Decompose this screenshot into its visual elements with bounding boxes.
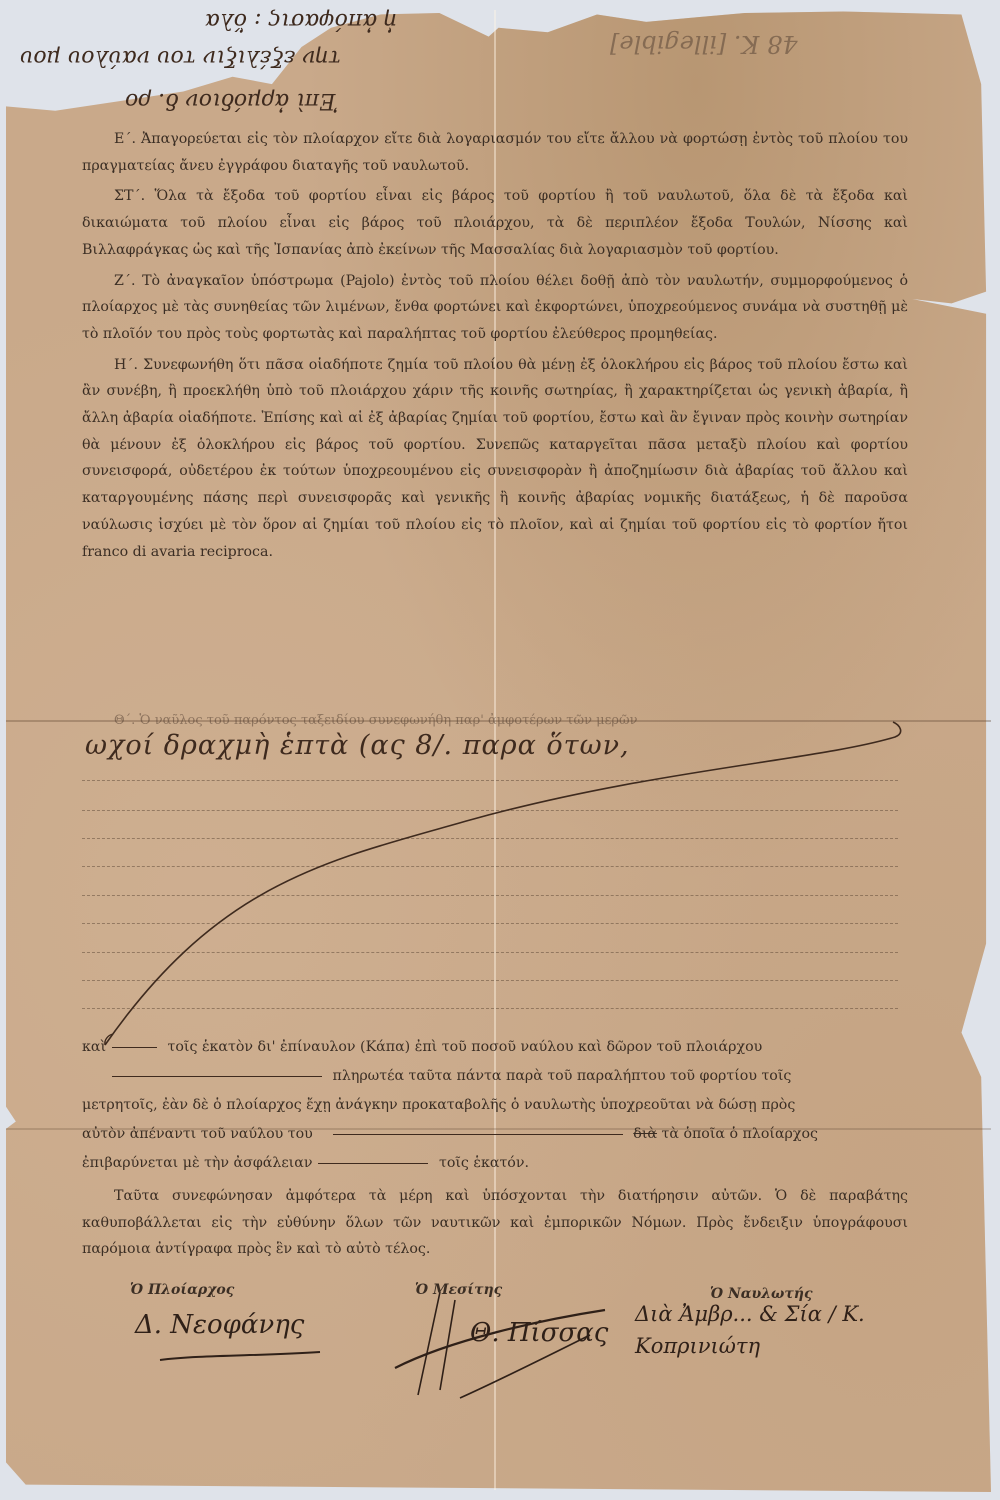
ruled-line — [82, 895, 898, 896]
margin-note-upside-down: Ἐπὶ ἀρμόδιον δ. ρο — [125, 88, 338, 113]
ruled-line — [82, 1008, 898, 1009]
blank-amount-field — [112, 1076, 322, 1077]
freight-clause: καὶ τοῖς ἑκατὸν δι' ἐπίναυλον (Κάπα) ἐπὶ… — [82, 1033, 908, 1178]
struck-word: διὰ — [633, 1126, 657, 1142]
clause-st: ΣΤ΄. Ὅλα τὰ ἔξοδα τοῦ φορτίου εἶναι εἰς … — [82, 183, 908, 263]
charterer-signature: Διὰ Ἀμβρ... & Σία / Κ. Κοπρινιώτη — [635, 1298, 965, 1362]
ruled-line — [82, 980, 898, 981]
closing-paragraph: Ταῦτα συνεφώνησαν ἀμφότερα τὰ μέρη καὶ ὑ… — [82, 1183, 908, 1267]
blank-advance-field — [333, 1134, 623, 1135]
freight-line-5: ἐπιβαρύνεται μὲ τὴν ἀσφάλειαν τοῖς ἑκατό… — [82, 1149, 908, 1178]
ruled-line — [82, 866, 898, 867]
clause-h: Η΄. Συνεφωνήθη ὅτι πᾶσα οἱαδήποτε ζημία … — [82, 352, 908, 566]
captain-label: Ὁ Πλοίαρχος — [130, 1282, 234, 1298]
broker-signature: Θ. Πίσσας — [470, 1318, 608, 1348]
ruled-line — [82, 810, 898, 811]
ruled-line — [82, 923, 898, 924]
freight-line-3: μετρητοῖς, ἐὰν δὲ ὁ πλοίαρχος ἔχῃ ἀνάγκη… — [82, 1091, 908, 1120]
freight-line-4: αὐτὸν ἀπέναντι τοῦ ναύλου του διὰ τὰ ὁπο… — [82, 1120, 908, 1149]
freight-line-2: πληρωτέα ταῦτα πάντα παρὰ τοῦ παραλήπτου… — [82, 1062, 908, 1091]
clause-th-handwritten-freight: ωχοί δραχμὴ ἑπτὰ (ας 8/. παρα ὅτων, — [85, 730, 630, 761]
captain-signature: Δ. Νεοφάνης — [135, 1310, 304, 1340]
clause-z: Ζ΄. Τὸ ἀναγκαῖον ὑπόστρωμα (Pajolo) ἐντὸ… — [82, 268, 908, 348]
margin-note-upside-down: ἡ ἀπόφασις : ὅλα — [205, 8, 397, 33]
margin-note-upside-down: την εξέλιξιν του ναύλου μου — [20, 45, 341, 70]
clause-e: Ε΄. Ἀπαγορεύεται εἰς τὸν πλοίαρχον εἴτε … — [82, 126, 908, 179]
ruled-line — [82, 952, 898, 953]
blank-insurance-field — [318, 1163, 428, 1164]
broker-label: Ὁ Μεσίτης — [415, 1282, 502, 1298]
faint-note-top-right: 48 Κ. [illegible] — [610, 30, 798, 58]
freight-line-1: καὶ τοῖς ἑκατὸν δι' ἐπίναυλον (Κάπα) ἐπὶ… — [82, 1033, 908, 1062]
blank-percent-field — [112, 1047, 157, 1048]
ruled-line — [82, 780, 898, 781]
ruled-line — [82, 838, 898, 839]
printed-clauses: Ε΄. Ἀπαγορεύεται εἰς τὸν πλοίαρχον εἴτε … — [82, 126, 908, 569]
